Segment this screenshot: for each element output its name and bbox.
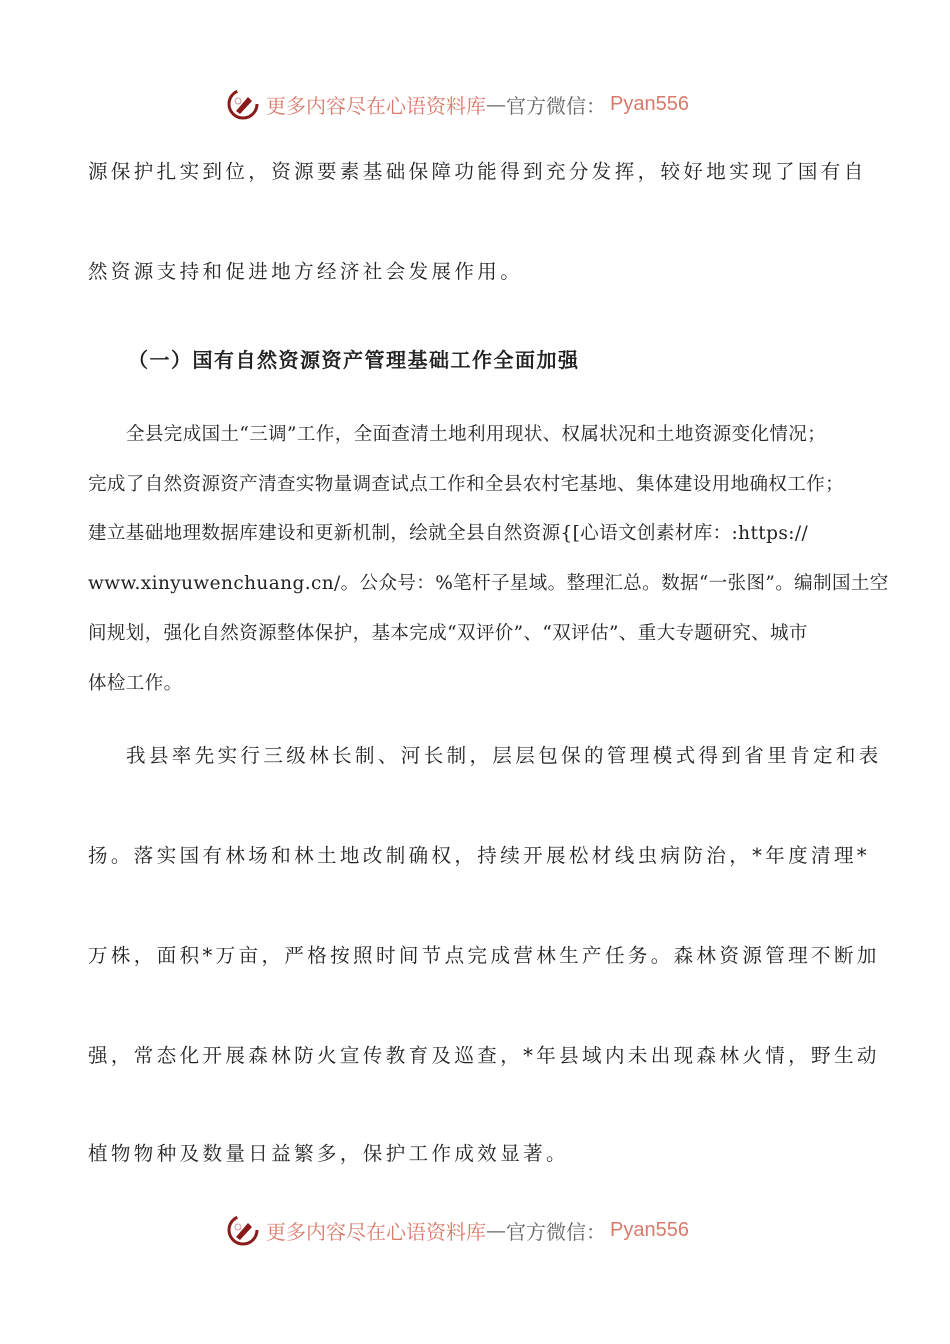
watermark-wechat-id: Pyan556 bbox=[610, 1219, 689, 1242]
text-line: 然资源支持和促进地方经济社会发展作用。 bbox=[88, 256, 868, 284]
paragraph-line: www.xinyuwenchuang.cn/。公众号：%笔杆子星域。整理汇总。数… bbox=[88, 569, 868, 595]
watermark-dash: — bbox=[486, 92, 506, 116]
text-line: 源保护扎实到位，资源要素基础保障功能得到充分发挥，较好地实现了国有自 bbox=[88, 156, 868, 184]
paragraph-line: 建立基础地理数据库建设和更新机制，绘就全县自然资源{[心语文创素材库：:http… bbox=[88, 519, 868, 545]
watermark-official-label: 官方微信： bbox=[506, 1216, 606, 1245]
watermark-dash: — bbox=[486, 1218, 506, 1242]
watermark-official-label: 官方微信： bbox=[506, 90, 606, 119]
paragraph-line: 全县完成国土“三调”工作，全面查清土地利用现状、权属状况和土地资源变化情况； bbox=[126, 420, 906, 446]
watermark-promo-text: 更多内容尽在心语资料库 bbox=[266, 1216, 486, 1245]
header-watermark: 更多内容尽在心语资料库 — 官方微信： Pyan556 bbox=[226, 84, 689, 124]
watermark-promo-text: 更多内容尽在心语资料库 bbox=[266, 90, 486, 119]
footer-watermark: 更多内容尽在心语资料库 — 官方微信： Pyan556 bbox=[226, 1210, 689, 1250]
section-heading: （一）国有自然资源资产管理基础工作全面加强 bbox=[128, 344, 580, 373]
paragraph-line: 完成了自然资源资产清查实物量调查试点工作和全县农村宅基地、集体建设用地确权工作； bbox=[88, 470, 868, 496]
paragraph-line: 强，常态化开展森林防火宣传教育及巡查，*年县域内未出现森林火情，野生动 bbox=[88, 1040, 868, 1068]
paragraph-line: 间规划，强化自然资源整体保护，基本完成“双评价”、“双评估”、重大专题研究、城市 bbox=[88, 619, 868, 645]
pen-nib-logo-icon bbox=[226, 1213, 260, 1247]
paragraph-line: 体检工作。 bbox=[88, 669, 868, 695]
watermark-wechat-id: Pyan556 bbox=[610, 93, 689, 116]
pen-nib-logo-icon bbox=[226, 87, 260, 121]
paragraph-line: 万株，面积*万亩，严格按照时间节点完成营林生产任务。森林资源管理不断加 bbox=[88, 940, 868, 968]
paragraph-line: 植物物种及数量日益繁多，保护工作成效显著。 bbox=[88, 1138, 868, 1166]
paragraph-line: 扬。落实国有林场和林土地改制确权，持续开展松材线虫病防治，*年度清理* bbox=[88, 840, 868, 868]
paragraph-line: 我县率先实行三级林长制、河长制，层层包保的管理模式得到省里肯定和表 bbox=[126, 740, 906, 768]
